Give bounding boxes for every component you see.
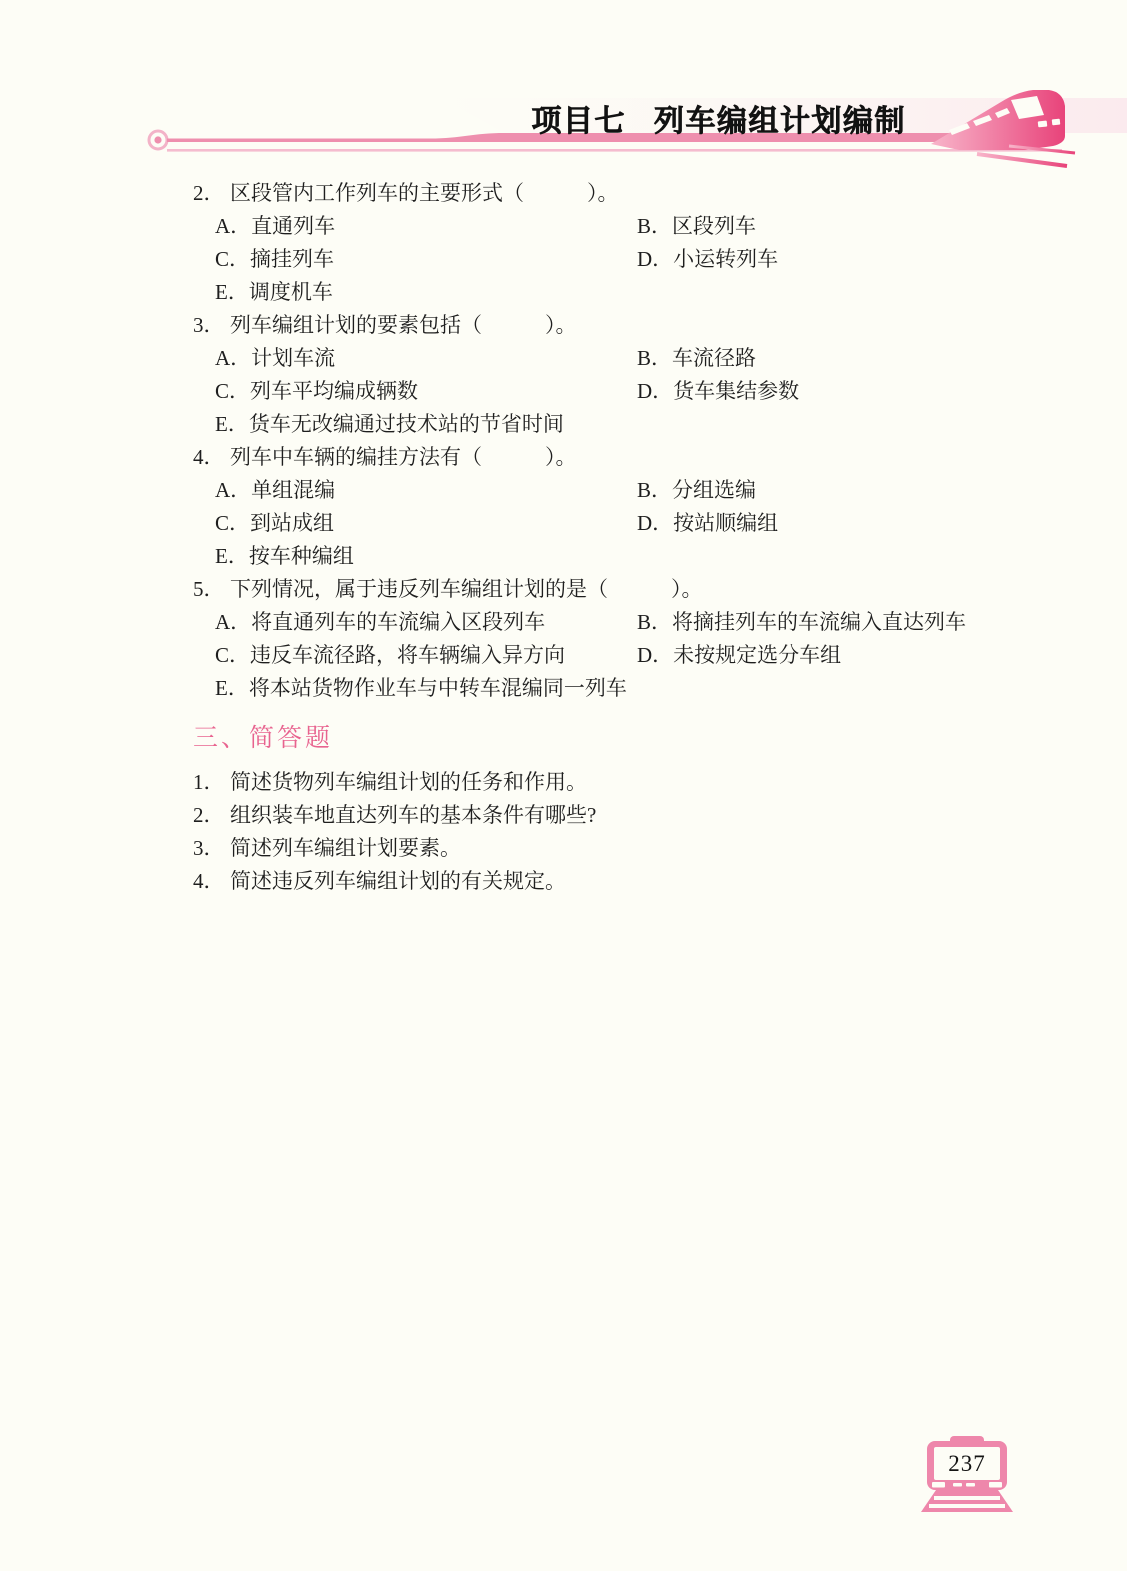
option-label: A． [215,342,251,375]
option-label: D． [637,507,673,540]
item-number: 1． [193,766,230,799]
option-item: E．货车无改编通过技术站的节省时间 [215,408,1008,441]
option-label: B． [637,342,672,375]
option-text: 调度机车 [249,280,333,304]
question-stem: 2．区段管内工作列车的主要形式（ ）。 [193,177,1008,210]
option-item: B．将摘挂列车的车流编入直达列车 [637,606,1008,639]
option-label: B． [637,606,672,639]
item-number: 2． [193,799,230,832]
short-answer-item: 4．简述违反列车编组计划的有关规定。 [193,865,1008,898]
option-text: 分组选编 [672,478,756,502]
option-item: A．将直通列车的车流编入区段列车 [215,606,637,639]
question-text: 区段管内工作列车的主要形式（ ）。 [230,181,619,205]
option-text: 列车平均编成辆数 [250,379,418,403]
option-label: C． [215,507,250,540]
option-item: E．按车种编组 [215,540,1008,573]
page-number-badge: 237 [919,1436,1015,1523]
short-answer-item: 2．组织装车地直达列车的基本条件有哪些? [193,799,1008,832]
option-text: 车流径路 [672,346,756,370]
option-text: 区段列车 [672,214,756,238]
option-item: D．货车集结参数 [637,375,1008,408]
option-label: D． [637,243,673,276]
option-label: E． [215,276,249,309]
item-text: 简述列车编组计划要素。 [230,836,461,860]
exercise-content: 2．区段管内工作列车的主要形式（ ）。 A．直通列车 B．区段列车 C．摘挂列车… [193,177,1008,898]
chapter-title: 项目七列车编组计划编制 [0,96,906,140]
option-text: 按车种编组 [249,544,354,568]
option-grid: A．将直通列车的车流编入区段列车 B．将摘挂列车的车流编入直达列车 C．违反车流… [215,606,1008,705]
option-text: 摘挂列车 [250,247,334,271]
question-item: 5．下列情况，属于违反列车编组计划的是（ ）。 A．将直通列车的车流编入区段列车… [193,573,1008,705]
question-stem: 4．列车中车辆的编挂方法有（ ）。 [193,441,1008,474]
short-answer-item: 3．简述列车编组计划要素。 [193,832,1008,865]
option-item: A．直通列车 [215,210,637,243]
question-number: 4． [193,441,230,474]
option-text: 计划车流 [251,346,335,370]
option-label: A． [215,606,251,639]
page-number: 237 [934,1447,1000,1480]
option-grid: A．计划车流 B．车流径路 C．列车平均编成辆数 D．货车集结参数 E．货车无改… [215,342,1008,441]
option-grid: A．单组混编 B．分组选编 C．到站成组 D．按站顺编组 E．按车种编组 [215,474,1008,573]
option-label: A． [215,474,251,507]
option-item: A．单组混编 [215,474,637,507]
chapter-label: 项目七 [532,105,627,138]
question-item: 2．区段管内工作列车的主要形式（ ）。 A．直通列车 B．区段列车 C．摘挂列车… [193,177,1008,309]
option-item: C．到站成组 [215,507,637,540]
option-text: 将摘挂列车的车流编入直达列车 [672,610,966,634]
item-number: 4． [193,865,230,898]
question-text: 列车中车辆的编挂方法有（ ）。 [230,445,577,469]
option-text: 单组混编 [251,478,335,502]
option-item: D．小运转列车 [637,243,1008,276]
option-text: 未按规定选分车组 [673,643,841,667]
option-text: 违反车流径路，将车辆编入异方向 [250,643,565,667]
option-label: D． [637,375,673,408]
option-label: D． [637,639,673,672]
option-item: B．分组选编 [637,474,1008,507]
question-number: 3． [193,309,230,342]
option-label: E． [215,540,249,573]
question-text: 列车编组计划的要素包括（ ）。 [230,313,577,337]
page: 项目七列车编组计划编制 2．区段管内工作列车的主要形式（ ）。 A．直通列车 B… [0,0,1127,1571]
question-number: 5． [193,573,230,606]
option-item: D．按站顺编组 [637,507,1008,540]
item-text: 组织装车地直达列车的基本条件有哪些? [230,803,596,827]
option-text: 到站成组 [250,511,334,535]
option-item: C．摘挂列车 [215,243,637,276]
option-text: 货车集结参数 [673,379,799,403]
chapter-name: 列车编组计划编制 [654,105,906,138]
item-text: 简述违反列车编组计划的有关规定。 [230,869,566,893]
option-label: C． [215,375,250,408]
option-text: 将直通列车的车流编入区段列车 [251,610,545,634]
option-label: E． [215,408,249,441]
option-item: B．车流径路 [637,342,1008,375]
option-text: 小运转列车 [673,247,778,271]
option-label: B． [637,210,672,243]
option-item: C．列车平均编成辆数 [215,375,637,408]
option-item: C．违反车流径路，将车辆编入异方向 [215,639,637,672]
option-label: E． [215,672,249,705]
option-text: 货车无改编通过技术站的节省时间 [249,412,564,436]
section-heading: 三、简答题 [193,705,1008,766]
option-text: 直通列车 [251,214,335,238]
item-number: 3． [193,832,230,865]
option-label: C． [215,639,250,672]
option-item: E．将本站货物作业车与中转车混编同一列车 [215,672,1008,705]
question-stem: 3．列车编组计划的要素包括（ ）。 [193,309,1008,342]
question-number: 2． [193,177,230,210]
option-label: C． [215,243,250,276]
item-text: 简述货物列车编组计划的任务和作用。 [230,770,587,794]
question-stem: 5．下列情况，属于违反列车编组计划的是（ ）。 [193,573,1008,606]
question-text: 下列情况，属于违反列车编组计划的是（ ）。 [230,577,703,601]
question-item: 4．列车中车辆的编挂方法有（ ）。 A．单组混编 B．分组选编 C．到站成组 D… [193,441,1008,573]
option-item: B．区段列车 [637,210,1008,243]
short-answer-item: 1．简述货物列车编组计划的任务和作用。 [193,766,1008,799]
option-text: 将本站货物作业车与中转车混编同一列车 [249,676,627,700]
question-item: 3．列车编组计划的要素包括（ ）。 A．计划车流 B．车流径路 C．列车平均编成… [193,309,1008,441]
option-grid: A．直通列车 B．区段列车 C．摘挂列车 D．小运转列车 E．调度机车 [215,210,1008,309]
option-item: E．调度机车 [215,276,1008,309]
option-label: B． [637,474,672,507]
option-text: 按站顺编组 [673,511,778,535]
option-item: A．计划车流 [215,342,637,375]
option-item: D．未按规定选分车组 [637,639,1008,672]
header-underline [167,149,1062,152]
option-label: A． [215,210,251,243]
